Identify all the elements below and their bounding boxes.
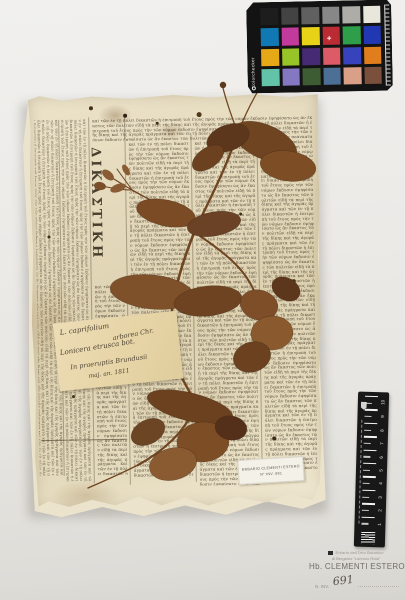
color-patch [260, 8, 278, 26]
color-patch [343, 26, 361, 44]
handwritten-label: L. caprifolium arborea Chr. Lonicera etr… [53, 311, 183, 392]
herbarium-name: Hb. CLEMENTI ESTERO [309, 562, 403, 571]
institution-line2: di Bergamo “Lorenzo Rota” [309, 556, 403, 561]
color-patch [322, 7, 340, 25]
color-patch [363, 6, 381, 24]
ruler-number: 9 [380, 410, 385, 418]
color-patch [323, 67, 341, 85]
ruler-number: 3 [378, 490, 383, 498]
leaves [108, 113, 317, 486]
handwritten-line: L. caprifolium [59, 322, 109, 337]
color-patch [282, 68, 300, 86]
ruler-scale: 10987654321 [354, 392, 389, 548]
color-patch [261, 28, 279, 46]
ruler-number: 5 [378, 464, 383, 472]
inventory-label-line1: ERBARIO CLEMENTI ESTERO [242, 464, 300, 472]
color-patch [261, 48, 279, 66]
handwritten-line: In praeruptis Brundusii [70, 353, 148, 372]
ruler-number: 10 [380, 397, 385, 405]
handwritten-line: Lonicera etrusca bot. [59, 337, 135, 357]
color-patch [281, 7, 299, 25]
herbarium-logo-icon [328, 551, 333, 555]
handwritten-line: maj. an. 1811 [88, 367, 130, 380]
photo-background: καὶ τῶν ἐν τῇ πόλει δικαστῶν ἡ ἐπιτροπὴ … [0, 0, 405, 600]
color-patch [302, 47, 320, 65]
inventory-label-line2: N° INV. 691 [260, 471, 282, 476]
colorchecker-patch-grid [260, 6, 382, 86]
ruler-number: 4 [378, 477, 383, 485]
institution-line1: Erbario dell'Orto Botanico [335, 550, 383, 555]
ruler-millimeter-scale [361, 532, 375, 544]
color-patch [342, 6, 360, 24]
color-patch [261, 69, 279, 87]
inventory-number-handwritten: 691 [332, 573, 354, 588]
colorchecker-brand-label: colorchecker [249, 10, 260, 87]
herbarium-stamp: Erbario dell'Orto Botanico di Bergamo “L… [309, 550, 403, 596]
color-patch [302, 68, 320, 86]
scale-ruler: 10987654321 [354, 392, 389, 548]
ruler-number: 2 [377, 504, 382, 512]
color-patch [364, 46, 382, 64]
inventory-underline [358, 586, 399, 587]
color-patch [302, 27, 320, 45]
color-patch [282, 48, 300, 66]
color-patch [343, 47, 361, 65]
ruler-number: 6 [379, 450, 384, 458]
color-patch [363, 26, 381, 44]
inventory-number-label: N. INV. [315, 584, 329, 589]
color-patch [343, 67, 361, 85]
ruler-number: 8 [380, 424, 385, 432]
color-patch [301, 7, 319, 25]
ruler-number: 1 [377, 517, 382, 525]
inventory-label: ERBARIO CLEMENTI ESTERO N° INV. 691 [237, 456, 304, 485]
color-patch [281, 28, 299, 46]
ruler-number: 7 [379, 437, 384, 445]
registration-cross-icon: + [327, 35, 332, 43]
colorchecker-ruler-edge [384, 5, 391, 86]
colorchecker-chart: colorchecker + [246, 0, 393, 94]
xrite-logo-icon [252, 86, 256, 90]
color-patch [364, 66, 382, 84]
color-patch [323, 47, 341, 65]
